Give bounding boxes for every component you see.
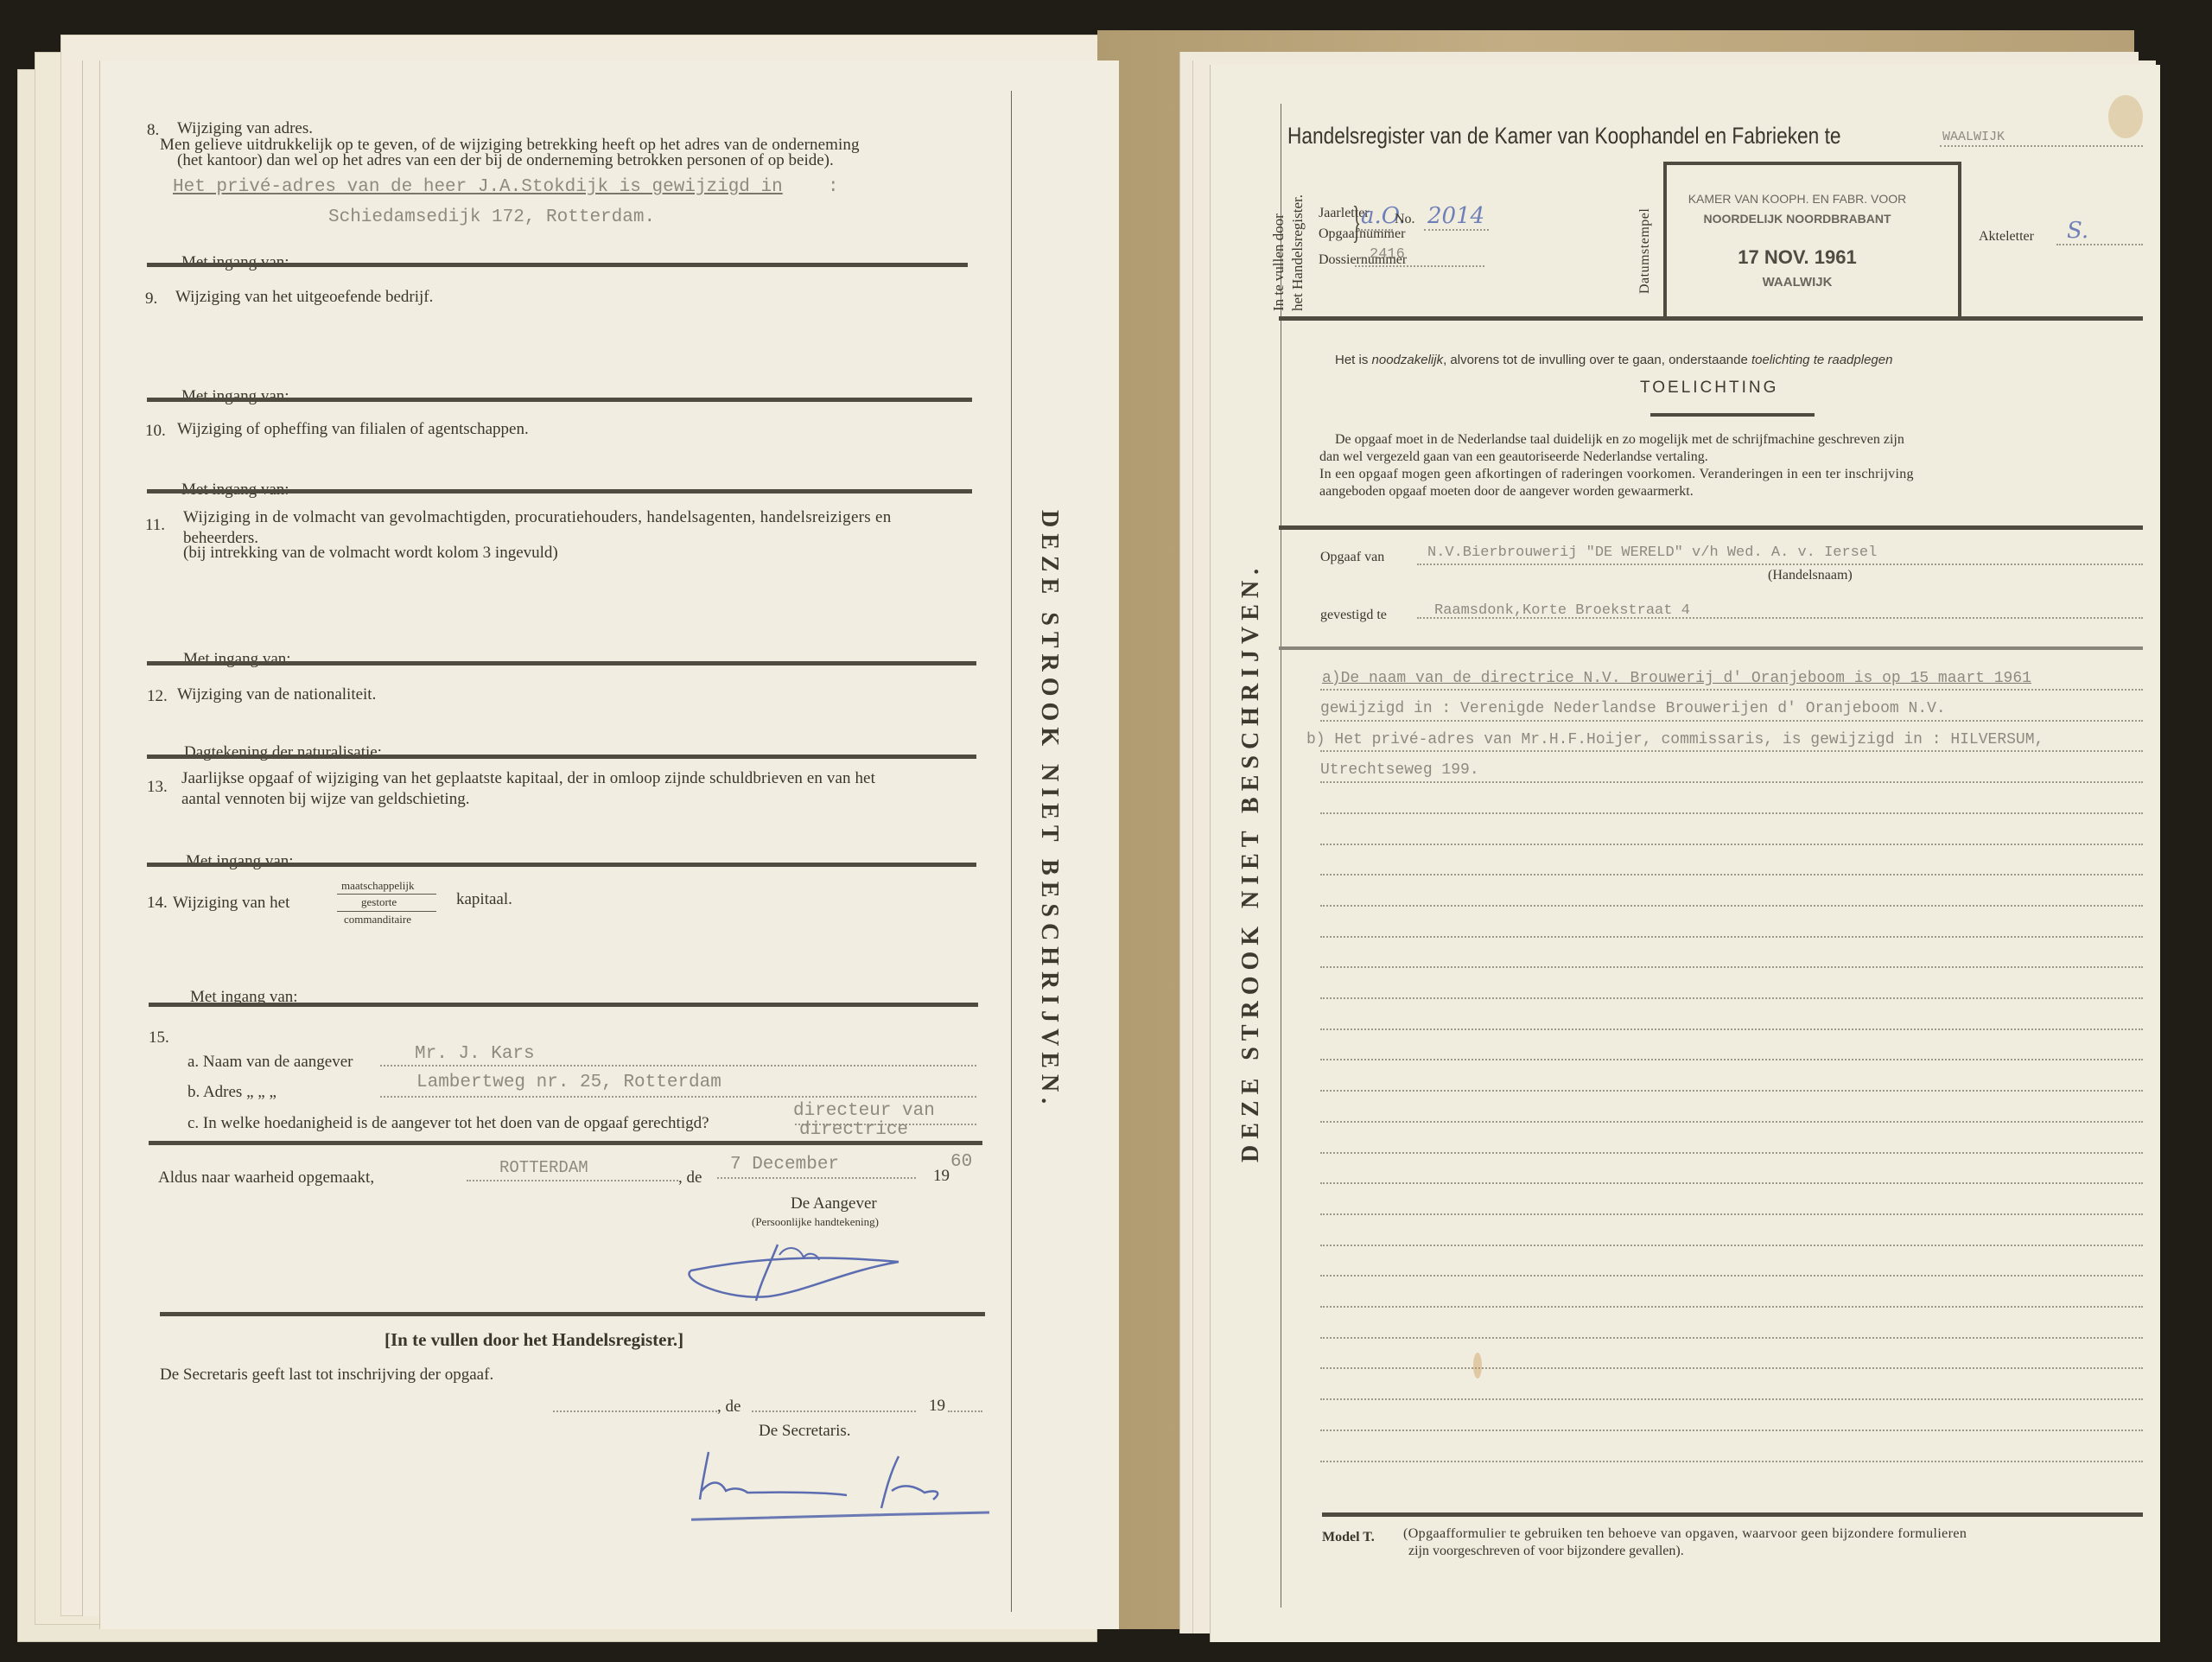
item10-title: Wijziging of opheffing van filialen of a… [177,420,529,439]
fill-line [1320,1275,2143,1277]
aangever-title: De Aangever [791,1194,877,1213]
fill-line [948,1410,982,1412]
handelsnaam-label: (Handelsnaam) [1768,568,1853,583]
met-ingang-label: Met ingang van: [183,650,291,669]
footer-line2: zijn voorgeschreven of voor bijzondere g… [1408,1544,1684,1559]
item8-number: 8. [147,121,159,140]
fill-line [1320,1121,2143,1123]
register-city: WAALWIJK [1942,130,2005,144]
fill-line [1320,1367,2143,1369]
title-underline [1650,413,1815,417]
declaration-date: 7 December [730,1155,839,1175]
fill-line [2056,244,2143,245]
aangever-capacity-label: c. In welke hoedanigheid is de aangever … [188,1114,709,1133]
item13-number: 13. [147,778,168,797]
fill-line [1320,750,2143,752]
paper-stain [2108,95,2143,138]
section-divider [147,263,968,267]
item14-option-gestorte: gestorte [361,895,397,909]
item14-option-maatschappelijk: maatschappelijk [341,879,414,893]
fill-line [1417,564,2143,565]
fill-line [1320,966,2143,968]
registry-de: , de [717,1398,741,1417]
declaration-place: ROTTERDAM [499,1158,588,1177]
aangever-name-label: a. Naam van de aangever [188,1053,353,1072]
fraction-line [337,911,436,912]
section-divider [147,863,976,867]
item9-title: Wijziging van het uitgeoefende bedrijf. [175,288,433,307]
section-divider [147,661,976,665]
toelichting-line1: De opgaaf moet in de Nederlandse taal du… [1335,432,1904,448]
aangever-signature-icon [674,1236,907,1305]
akteletter-value: S. [2067,218,2088,244]
fill-line [553,1410,717,1412]
met-ingang-label: Met ingang van: [186,852,294,871]
item8-instruction-2: (het kantoor) dan wel op het adres van e… [177,151,834,170]
opgaaf-van-value: N.V.Bierbrouwerij "DE WERELD" v/h Wed. A… [1427,544,1877,561]
fill-line [1320,812,2143,814]
fill-line [1320,720,2143,722]
item14-suffix: kapitaal. [456,890,512,909]
fill-line [1320,781,2143,783]
fill-line [380,1065,976,1067]
fill-line [1320,1430,2143,1431]
fill-line [1320,997,2143,999]
strip-warning-left: DEZE STROOK NIET BESCHRIJVEN. [1035,510,1063,1110]
section-divider [147,755,976,759]
side-label-line1: In te vullen door [1270,213,1287,311]
section-divider [1279,316,2143,321]
fill-line [1940,145,2143,147]
opgaaf-van-label: Opgaaf van [1320,550,1384,565]
section-divider [149,1003,978,1007]
fill-line [1358,229,1393,231]
section-divider [147,489,972,494]
secretaris-signature-icon [691,1439,994,1525]
strip-warning-right: DEZE STROOK NIET BESCHRIJVEN. [1237,563,1265,1162]
paper-stain [1473,1353,1482,1379]
item10-number: 10. [145,422,166,441]
toelichting-line2: dan wel vergezeld gaan van een geautoris… [1319,449,1708,465]
aangever-address-value: Lambertweg nr. 25, Rotterdam [416,1073,721,1092]
fill-line [1320,1090,2143,1092]
section-divider [1279,646,2143,650]
toelichting-line4: aangeboden opgaaf moeten door de aangeve… [1319,484,1694,500]
aangever-name-value: Mr. J. Kars [415,1044,535,1064]
strip-border [1011,91,1012,1612]
fill-line [467,1180,678,1181]
fill-line [1355,265,1484,267]
fill-line [380,1096,976,1098]
declaration-label: Aldus naar waarheid opgemaakt, [158,1168,374,1188]
item14-option-commanditaire: commanditaire [344,913,411,927]
opgaafnummer-value: 2014 [1427,203,1484,229]
stamp-city: WAALWIJK [1663,275,1931,290]
aangever-address-label: b. Adres „ „ „ [188,1083,276,1102]
item12-title: Wijziging van de nationaliteit. [177,685,376,704]
item14-number: 14. [147,894,168,913]
register-title: Handelsregister van de Kamer van Koophan… [1287,123,1840,150]
akteletter-label: Akteletter [1979,229,2034,245]
item14-prefix: Wijziging van het [173,894,289,913]
declaration-year: 60 [950,1152,972,1172]
stamp-line1: KAMER VAN KOOPH. EN FABR. VOOR [1663,192,1931,206]
fill-line [1320,1028,2143,1030]
aangever-subtitle: (Persoonlijke handtekening) [752,1215,879,1229]
item11-note: (bij intrekking van de volmacht wordt ko… [183,544,558,563]
stamp-line2: NOORDELIJK NOORDBRABANT [1663,212,1931,226]
dossiernummer-value: 2416 [1370,246,1405,263]
item12-number: 12. [147,687,168,706]
brace-icon: } [1352,201,1361,245]
footer-divider [1322,1512,2143,1517]
item9-number: 9. [145,290,157,309]
entry-a-line1: a)De naam van de directrice N.V. Brouwer… [1322,670,2031,687]
item15-number: 15. [149,1028,169,1048]
toelichting-title: TOELICHTING [1640,379,1778,398]
datumstempel-label: Datumstempel [1637,208,1653,294]
entry-a-line2: gewijzigd in : Verenigde Nederlandse Bro… [1320,700,1946,717]
item8-typed-address: Schiedamsedijk 172, Rotterdam. [328,207,655,227]
registry-year-prefix: 19 [929,1397,945,1416]
naturalisatie-label: Dagtekening der naturalisatie: [184,743,382,762]
fill-line [1320,1461,2143,1462]
declaration-de: , de [678,1168,702,1188]
toelichting-line3: In een opgaaf mogen geen afkortingen of … [1319,467,1914,482]
declaration-year-prefix: 19 [933,1167,950,1186]
fraction-line [337,894,436,895]
aangever-capacity-value-2: directrice [799,1120,908,1140]
item13-title: Jaarlijkse opgaaf of wijziging van het g… [181,769,875,788]
fill-line [1320,1182,2143,1184]
secretaris-title: De Secretaris. [759,1422,851,1441]
fill-line [1320,936,2143,938]
registry-heading: [In te vullen door het Handelsregister.] [385,1329,683,1351]
fill-line [1320,874,2143,876]
met-ingang-label: Met ingang van: [181,387,289,406]
fill-line [1320,1245,2143,1246]
gevestigd-label: gevestigd te [1320,608,1387,623]
no-label: No. [1395,212,1415,227]
item11-title: Wijziging in de volmacht van gevolmachti… [183,508,892,527]
item8-typed-line: Het privé-adres van de heer J.A.Stokdijk… [173,177,783,197]
footer-line1: (Opgaafformulier te gebruiken ten behoev… [1403,1526,1967,1542]
side-label-line2: het Handelsregister. [1289,194,1306,311]
fill-line [1320,1306,2143,1308]
section-divider [147,398,972,402]
entry-b-line1: b) Het privé-adres van Mr.H.F.Hoijer, co… [1306,731,2044,748]
fill-line [1320,1059,2143,1060]
section-divider [1279,525,2143,530]
item8-typed-colon: : [828,177,839,197]
strip-border [1281,104,1281,1608]
registry-instruction: De Secretaris geeft last tot inschrijvin… [160,1366,493,1385]
stamp-box [1663,162,1961,317]
footer-model: Model T. [1322,1530,1375,1545]
section-divider [160,1312,985,1316]
fill-line [1320,1337,2143,1339]
stamp-date: 17 NOV. 1961 [1663,246,1931,269]
fill-line [717,1177,916,1179]
fill-line [752,1410,916,1412]
fill-line [1320,844,2143,845]
fill-line [1320,1398,2143,1400]
fill-line [1320,689,2143,691]
fill-line [1320,905,2143,907]
gevestigd-value: Raamsdonk,Korte Broekstraat 4 [1434,602,1690,619]
entry-b-line2: Utrechtseweg 199. [1320,761,1479,779]
notice-text: Het is noodzakelijk, alvorens tot de inv… [1335,353,1892,367]
fill-line [1424,229,1489,231]
fill-line [1320,1213,2143,1215]
section-divider [149,1141,982,1145]
fill-line [1320,1152,2143,1154]
item11-number: 11. [145,516,165,535]
item13-title-2: aantal vennoten bij wijze van geldschiet… [181,790,469,809]
aangever-capacity-value: directeur van [793,1101,935,1121]
